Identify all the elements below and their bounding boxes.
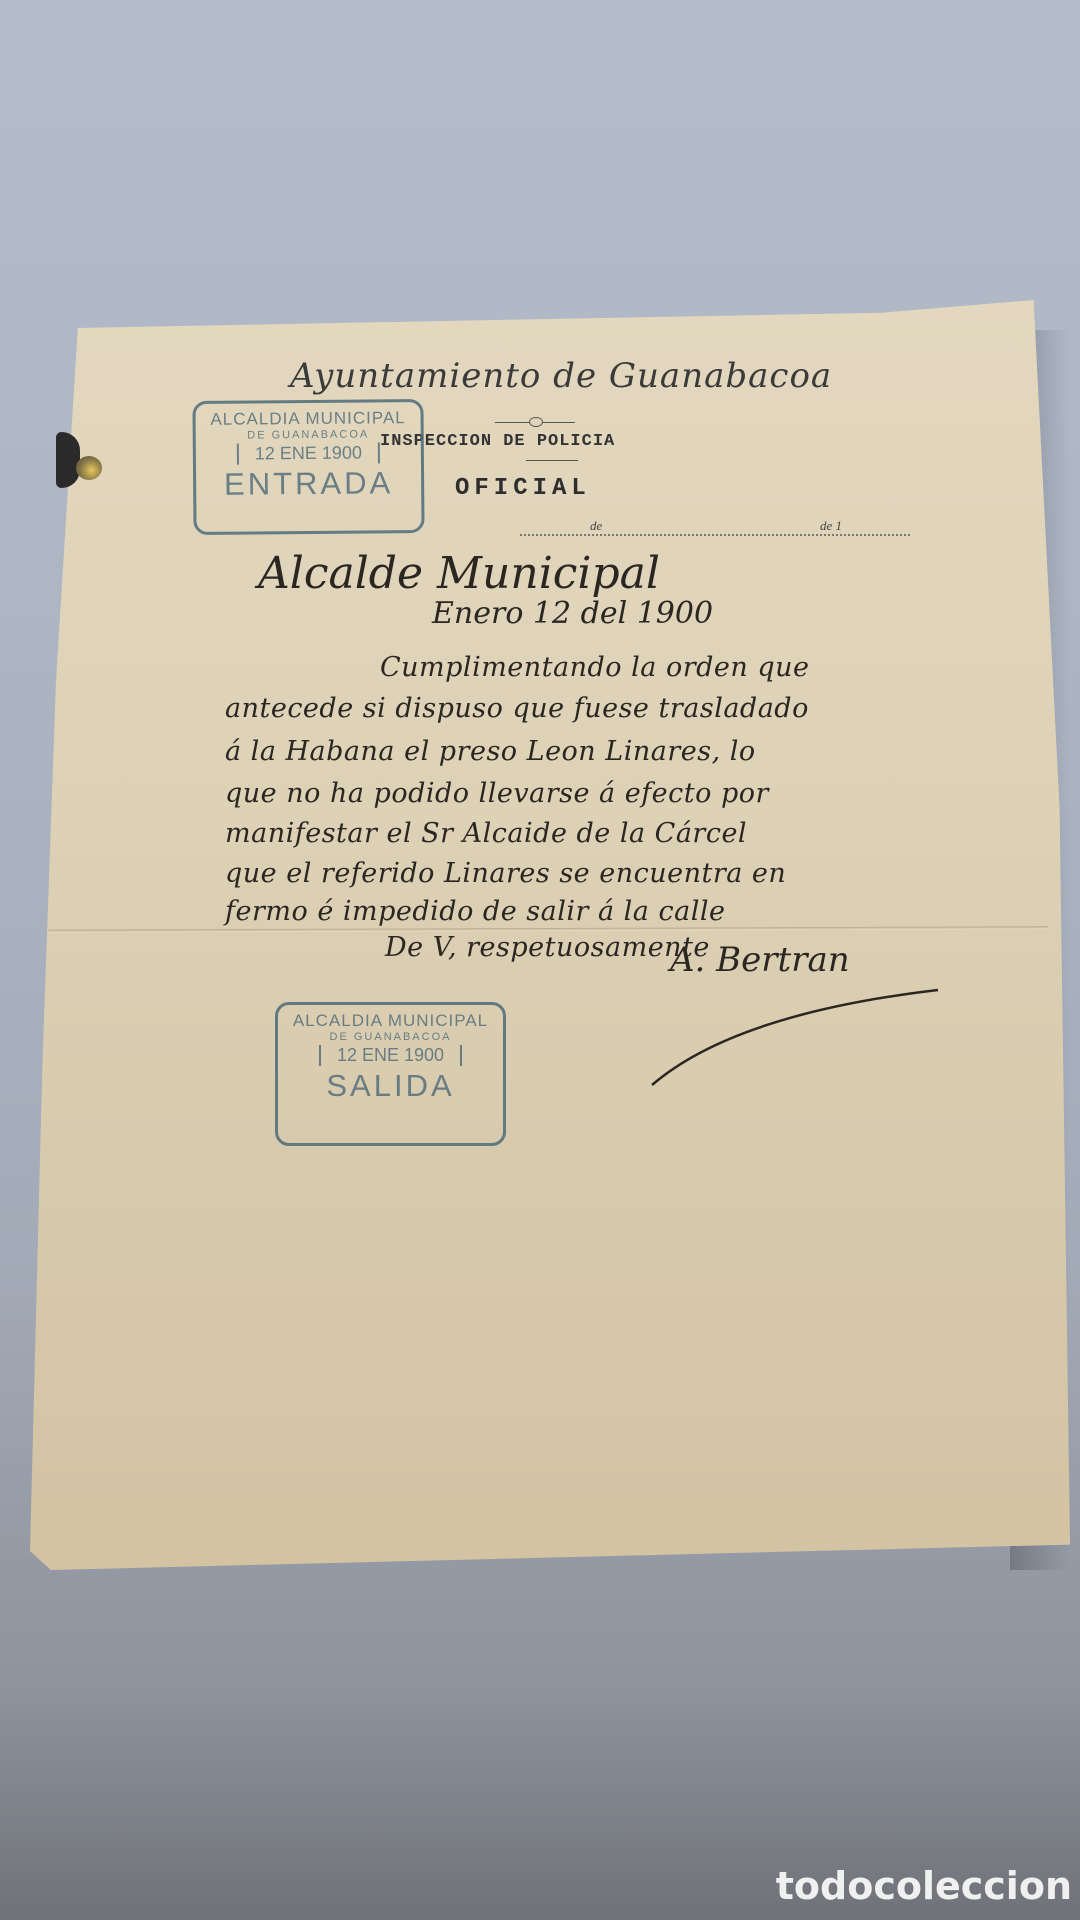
- stamp-word: SALIDA: [278, 1068, 503, 1104]
- dateline-de-year: de 1: [820, 518, 842, 534]
- stamp-town: DE GUANABACOA: [278, 1031, 503, 1043]
- body-line: fermo é impedido de salir á la calle: [225, 896, 725, 927]
- signature-flourish: [650, 985, 940, 1095]
- stamp-office: ALCALDIA MUNICIPAL: [195, 408, 420, 430]
- body-line: que no ha podido llevarse á efecto por: [225, 778, 769, 809]
- letter-date: Enero 12 del 1900: [432, 596, 713, 631]
- body-line: que el referido Linares se encuentra en: [225, 858, 786, 889]
- blank-dateline: de de 1: [520, 522, 910, 536]
- salida-stamp: ALCALDIA MUNICIPAL DE GUANABACOA 12 ENE …: [275, 1002, 506, 1146]
- ornament-divider: [495, 412, 575, 423]
- addressee: Alcalde Municipal: [258, 548, 660, 599]
- body-line: manifestar el Sr Alcaide de la Cárcel: [225, 818, 747, 849]
- stamp-date: 12 ENE 1900: [237, 442, 380, 464]
- body-line: Cumplimentando la orden que: [380, 652, 810, 683]
- dateline-de: de: [590, 518, 602, 534]
- letterhead-title: Ayuntamiento de Guanabacoa: [290, 356, 832, 396]
- stamp-office: ALCALDIA MUNICIPAL: [278, 1011, 503, 1031]
- entrada-stamp: ALCALDIA MUNICIPAL DE GUANABACOA 12 ENE …: [192, 399, 424, 535]
- brass-pin-icon: [56, 432, 96, 492]
- pin-head: [76, 456, 102, 480]
- closing-line: De V, respetuosamente: [385, 932, 710, 963]
- pin-hole: [56, 432, 80, 488]
- heading-rule: [526, 460, 578, 461]
- body-line: á la Habana el preso Leon Linares, lo: [225, 736, 756, 767]
- stamp-town: DE GUANABACOA: [196, 428, 421, 442]
- stamp-word: ENTRADA: [196, 465, 421, 503]
- stamp-date: 12 ENE 1900: [319, 1045, 462, 1066]
- classification-label: OFICIAL: [455, 475, 591, 502]
- signature: A. Bertran: [670, 940, 850, 980]
- body-line: antecede si dispuso que fuese trasladado: [225, 693, 809, 724]
- watermark: todocoleccion: [632, 1864, 1080, 1908]
